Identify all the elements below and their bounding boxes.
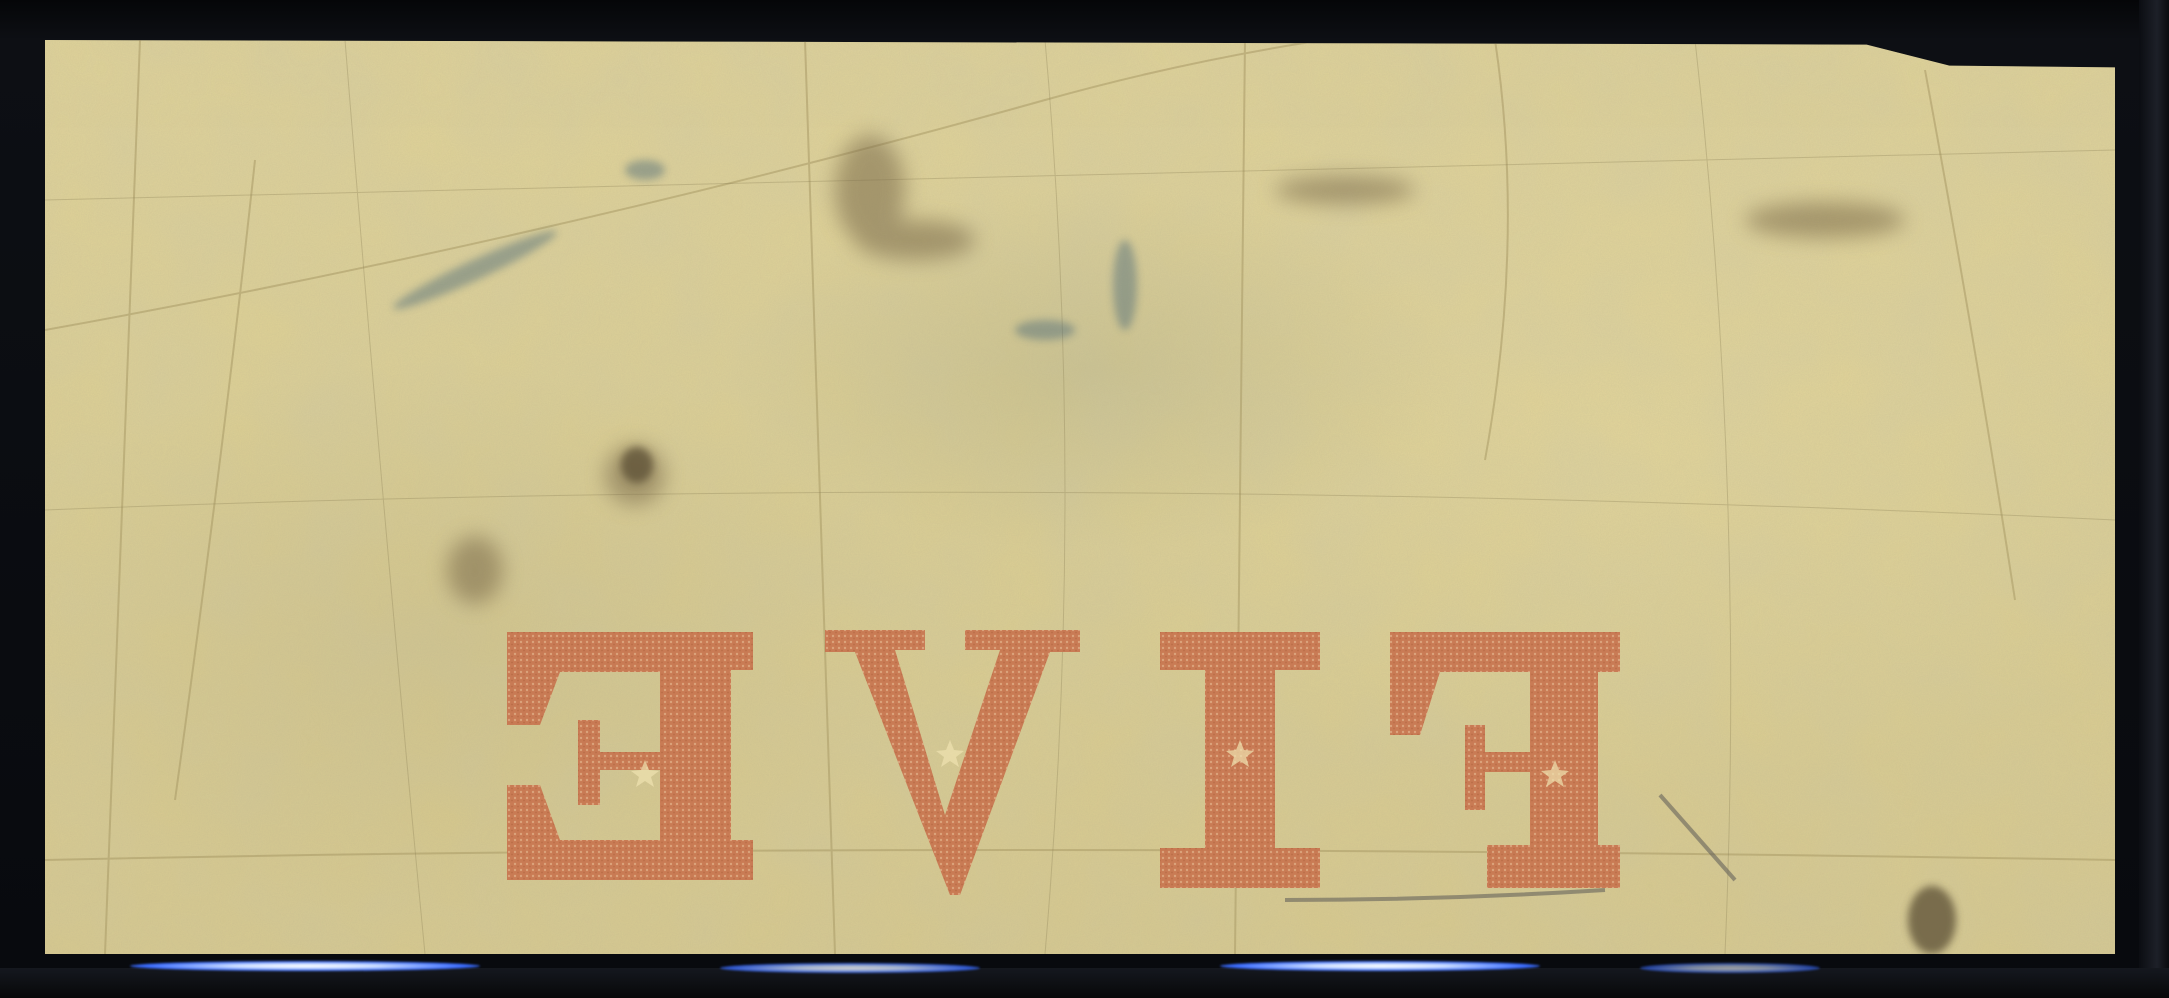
printed-five-mirrored	[45, 40, 2115, 954]
light-glare	[720, 963, 980, 973]
letter-e-mirrored	[507, 632, 753, 880]
light-glare	[1220, 961, 1540, 971]
holder-right-edge	[2139, 0, 2169, 998]
banknote-reverse	[45, 40, 2115, 954]
letter-f-mirrored	[1390, 632, 1620, 888]
light-glare	[1640, 963, 1820, 973]
holder-bottom-band	[0, 968, 2169, 998]
light-glare	[130, 961, 480, 971]
